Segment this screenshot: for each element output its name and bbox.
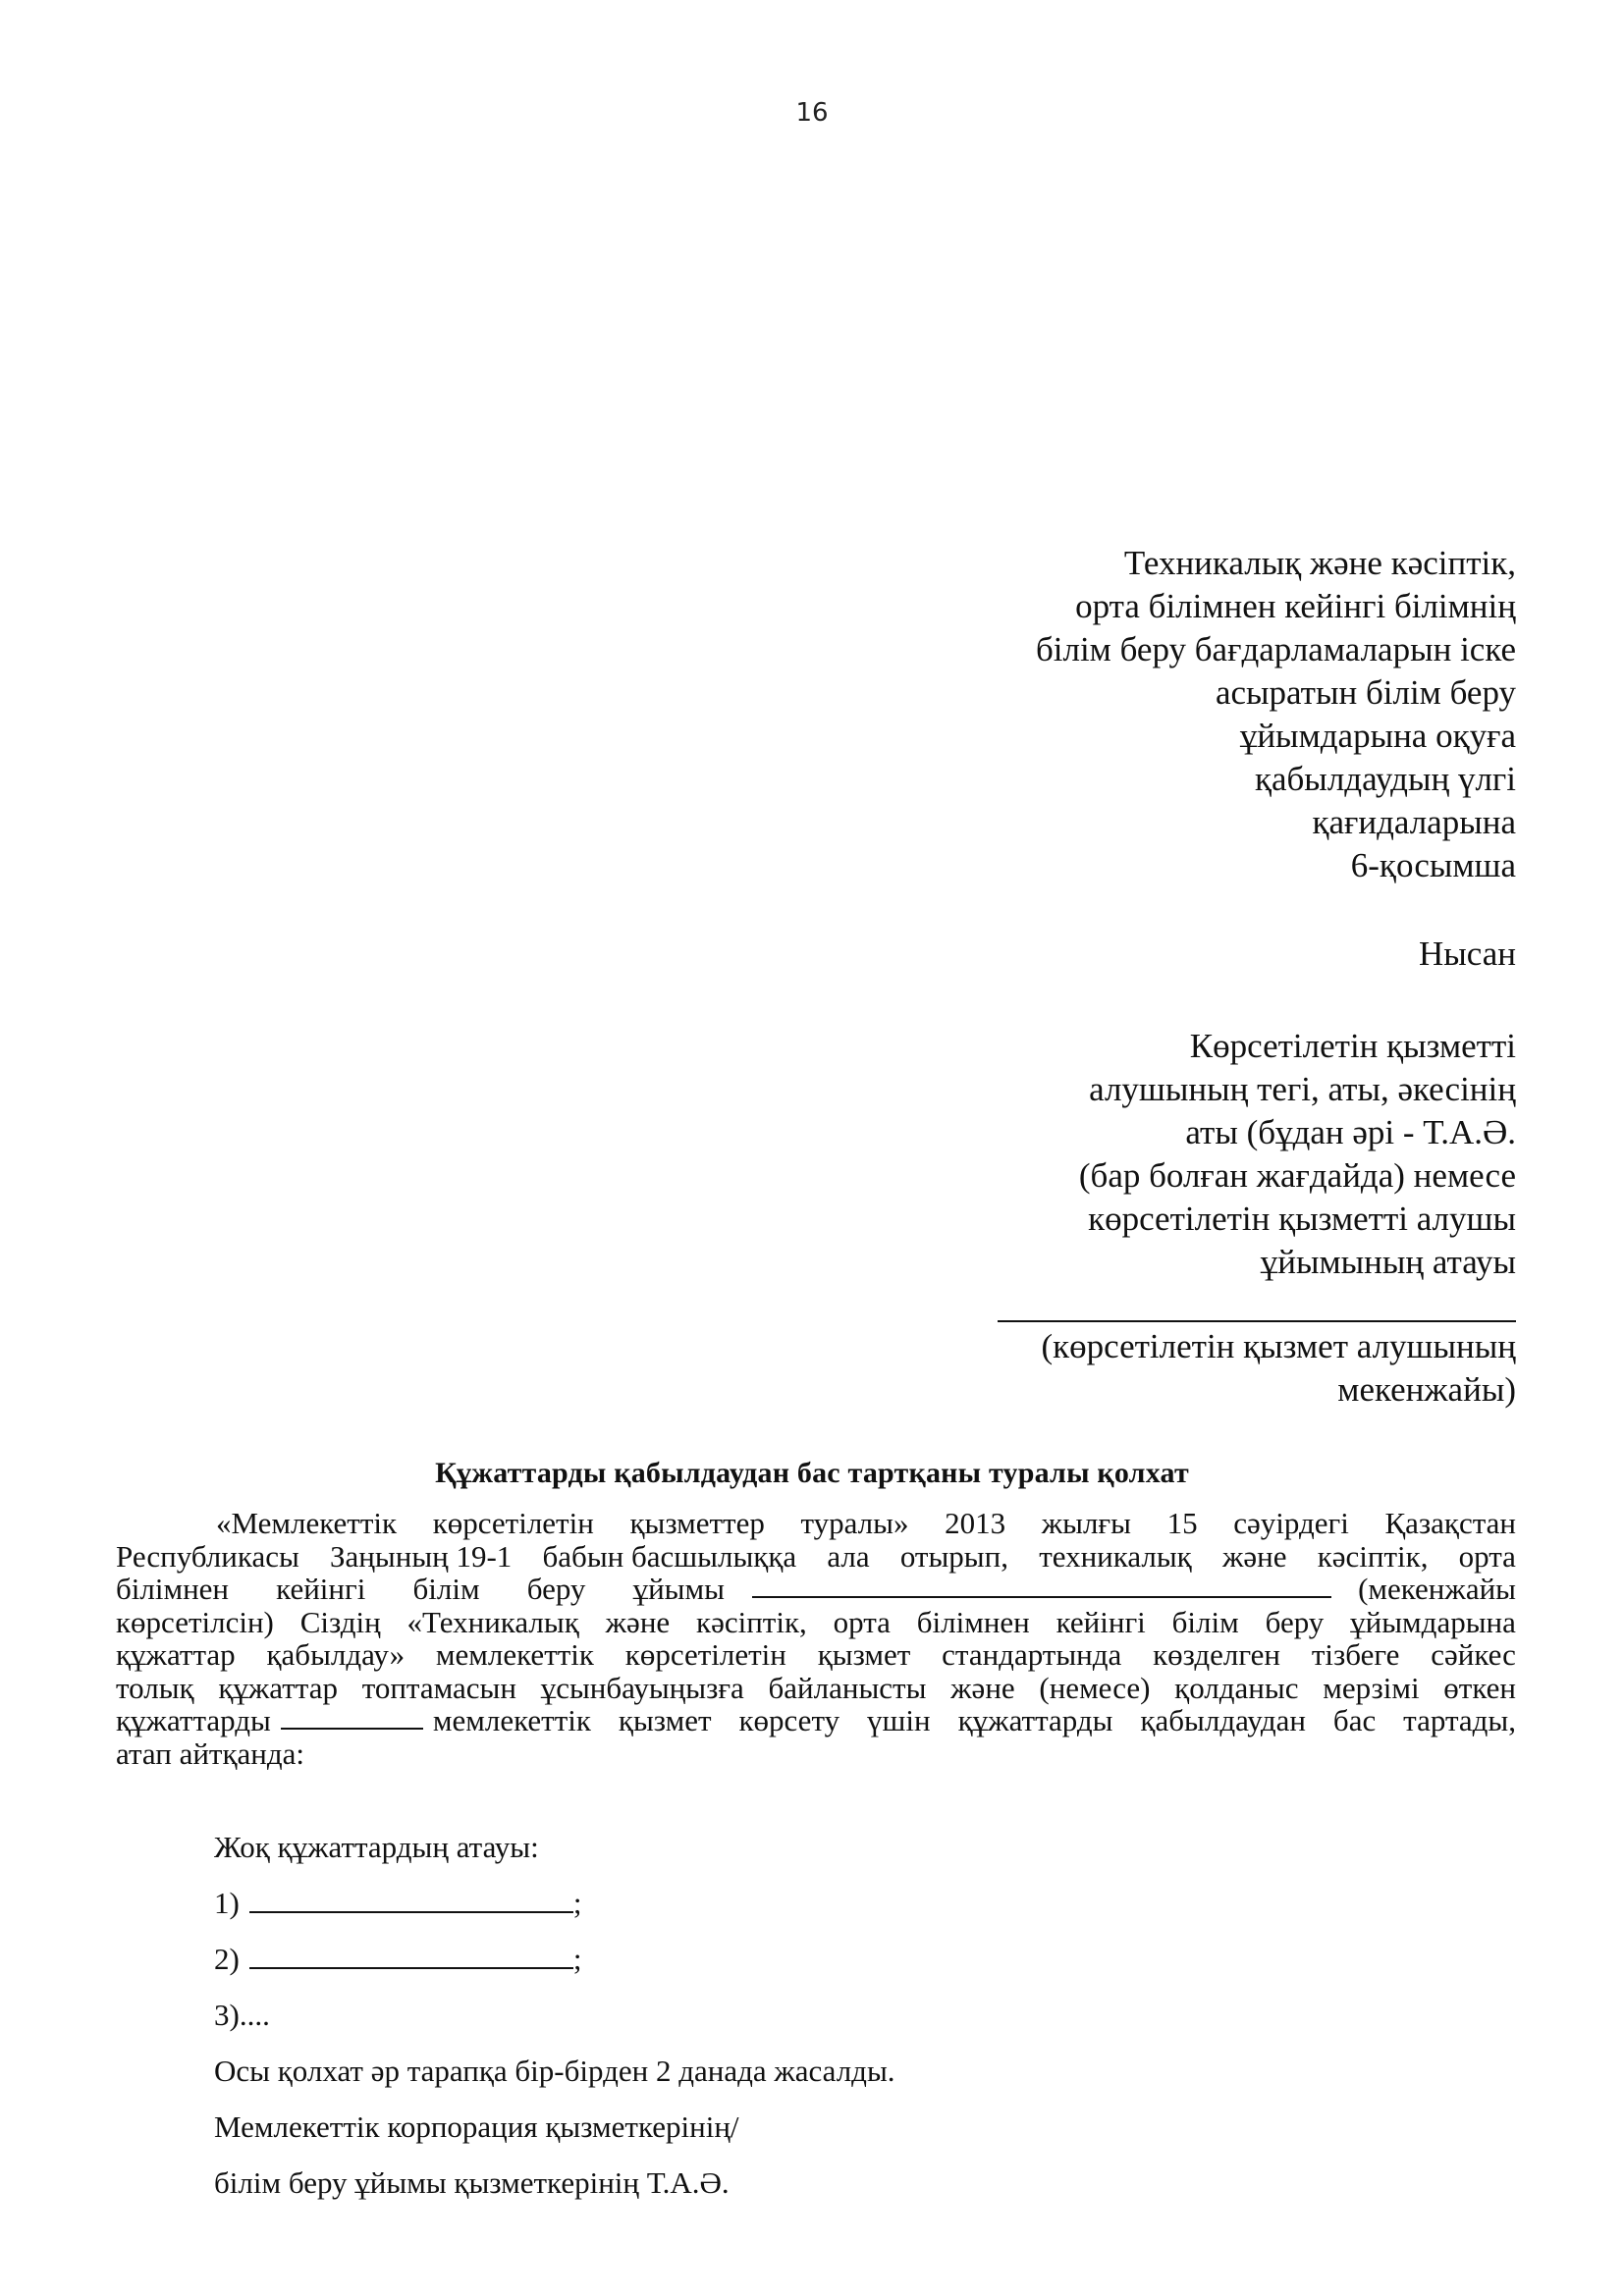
appendix-line: білім беру бағдарламаларын іске [1036, 628, 1516, 671]
recipient-block: Көрсетілетін қызметті алушының тегі, аты… [1079, 1025, 1516, 1284]
body-word: Қазақстан [1384, 1507, 1516, 1540]
missing-doc-item: 2); [214, 1940, 581, 1979]
body-word: техникалық [1039, 1540, 1192, 1574]
address-note: (мекенжайы [1358, 1573, 1516, 1606]
form-label: Нысан [1419, 933, 1516, 976]
body-line-7: құжаттарды мемлекеттік қызмет көрсету үш… [116, 1704, 1516, 1737]
body-word: жылғы [1042, 1507, 1131, 1540]
body-word: қызмет [818, 1638, 911, 1672]
body-word: көрсетілсін) [116, 1606, 274, 1639]
recipient-line: Көрсетілетін қызметті [1079, 1025, 1516, 1068]
body-line-7-head: құжаттарды [116, 1704, 271, 1737]
signatory-line: білім беру ұйымы қызметкерінің Т.А.Ә. [214, 2163, 730, 2203]
date-blank [281, 1704, 423, 1730]
body-line-2: РеспубликасыЗаңының 19-1бабын басшылыққа… [116, 1540, 1516, 1574]
body-word: қолданыс [1174, 1672, 1298, 1705]
appendix-line: асыратын білім беру [1036, 671, 1516, 715]
body-word: сәуірдегі [1233, 1507, 1349, 1540]
body-word: кейінгі [276, 1573, 365, 1606]
item-number: 2) [214, 1942, 240, 1976]
body-word: бабын басшылыққа [543, 1540, 797, 1574]
address-caption-line: мекенжайы) [1041, 1368, 1516, 1412]
item-number: 3).... [214, 1998, 270, 2032]
recipient-line: аты (бұдан әрі - Т.А.Ә. [1079, 1111, 1516, 1154]
recipient-line: алушының тегі, аты, әкесінің [1079, 1068, 1516, 1111]
body-word: мемлекеттік [436, 1638, 594, 1672]
body-word: білім [1172, 1606, 1239, 1639]
body-word: 2013 [945, 1507, 1005, 1540]
body-line-6: толыққұжаттартоптамасынұсынбауыңызғабайл… [116, 1672, 1516, 1705]
body-word: кейінгі [1056, 1606, 1146, 1639]
body-word: білімнен [116, 1573, 229, 1606]
signatory-line: Мемлекеттік корпорация қызметкерінің/ [214, 2108, 739, 2147]
body-word: (немесе) [1039, 1672, 1150, 1705]
body-word: қызметтер [629, 1507, 764, 1540]
body-word: құжаттар [218, 1672, 338, 1705]
missing-doc-blank [249, 1942, 573, 1969]
body-word: білімнен [917, 1606, 1030, 1639]
appendix-number: 6-қосымша [1036, 844, 1516, 887]
body-word: байланысты [769, 1672, 927, 1705]
recipient-line: (бар болған жағдайда) немесе [1079, 1154, 1516, 1198]
body-word: туралы» [801, 1507, 909, 1540]
body-word: беру [1266, 1606, 1325, 1639]
missing-docs-label: Жоқ құжаттардың атауы: [214, 1828, 539, 1867]
body-word: кәсіптік, [1318, 1540, 1429, 1574]
missing-doc-blank [249, 1886, 573, 1913]
body-word: ұсынбауыңызға [541, 1672, 744, 1705]
body-line-3-words: білімненкейінгібілімберуұйымы [116, 1573, 725, 1606]
item-number: 1) [214, 1886, 240, 1920]
copies-note: Осы қолхат әр тарапқа бір-бірден 2 данад… [214, 2052, 895, 2091]
recipient-line: ұйымының атауы [1079, 1241, 1516, 1284]
body-word: Заңының 19-1 [330, 1540, 512, 1574]
address-caption: (көрсетілетін қызмет алушының мекенжайы) [1041, 1325, 1516, 1412]
address-fill-line [998, 1320, 1516, 1322]
body-word: орта [1459, 1540, 1516, 1574]
body-word: ұйымдарына [1350, 1606, 1516, 1639]
body-word: толық [116, 1672, 194, 1705]
body-line-3: білімненкейінгібілімберуұйымы (мекенжайы [116, 1573, 1516, 1606]
body-word: отырып, [900, 1540, 1008, 1574]
body-line-4: көрсетілсін)Сіздің«Техникалықжәнекәсіпті… [116, 1606, 1516, 1639]
body-word: 15 [1167, 1507, 1198, 1540]
body-word: стандартында [942, 1638, 1121, 1672]
body-word: көрсетілетін [625, 1638, 786, 1672]
body-paragraph: «Мемлекеттіккөрсетілетінқызметтертуралы»… [116, 1507, 1516, 1770]
body-word: қабылдау» [266, 1638, 405, 1672]
body-word: сәйкес [1431, 1638, 1516, 1672]
body-word: тізбеге [1312, 1638, 1400, 1672]
body-word: «Техникалық [407, 1606, 579, 1639]
body-word: көзделген [1153, 1638, 1280, 1672]
body-word: Сіздің [300, 1606, 381, 1639]
body-word: «Мемлекеттік [216, 1507, 397, 1540]
appendix-line: ұйымдарына оқуға [1036, 715, 1516, 758]
missing-doc-item: 3).... [214, 1996, 270, 2035]
body-word: көрсетілетін [433, 1507, 594, 1540]
body-line-5: құжаттарқабылдау»мемлекеттіккөрсетілетін… [116, 1638, 1516, 1672]
body-line-1: «Мемлекеттіккөрсетілетінқызметтертуралы»… [116, 1507, 1516, 1540]
appendix-line: Техникалық және кәсіптік, [1036, 542, 1516, 585]
body-word: және [950, 1672, 1015, 1705]
item-suffix: ; [573, 1886, 582, 1920]
body-word: кәсіптік, [696, 1606, 807, 1639]
recipient-line: көрсетілетін қызметті алушы [1079, 1198, 1516, 1241]
organization-name-blank [752, 1573, 1331, 1598]
body-line-8: атап айтқанда: [116, 1737, 1516, 1771]
body-word: топтамасын [362, 1672, 516, 1705]
body-word: беру [527, 1573, 586, 1606]
body-word: және [1222, 1540, 1287, 1574]
page-number: 16 [0, 98, 1624, 128]
item-suffix: ; [573, 1942, 582, 1976]
body-line-7-tail: мемлекеттік қызмет көрсету үшін құжаттар… [433, 1704, 1516, 1737]
body-word: білім [412, 1573, 479, 1606]
body-word: және [606, 1606, 671, 1639]
body-word: орта [834, 1606, 891, 1639]
appendix-line: қағидаларына [1036, 801, 1516, 844]
body-word: ала [827, 1540, 869, 1574]
form-label-text: Нысан [1419, 933, 1516, 976]
appendix-header: Техникалық және кәсіптік, орта білімнен … [1036, 542, 1516, 887]
body-word: мерзімі [1323, 1672, 1419, 1705]
appendix-line: қабылдаудың үлгі [1036, 758, 1516, 801]
body-word: Республикасы [116, 1540, 299, 1574]
body-word: құжаттар [116, 1638, 236, 1672]
appendix-line: орта білімнен кейінгі білімнің [1036, 585, 1516, 628]
document-title: Құжаттарды қабылдаудан бас тартқаны тура… [0, 1457, 1624, 1490]
body-word: өткен [1443, 1672, 1516, 1705]
missing-doc-item: 1); [214, 1884, 581, 1923]
address-caption-line: (көрсетілетін қызмет алушының [1041, 1325, 1516, 1368]
body-word: ұйымы [633, 1573, 725, 1606]
